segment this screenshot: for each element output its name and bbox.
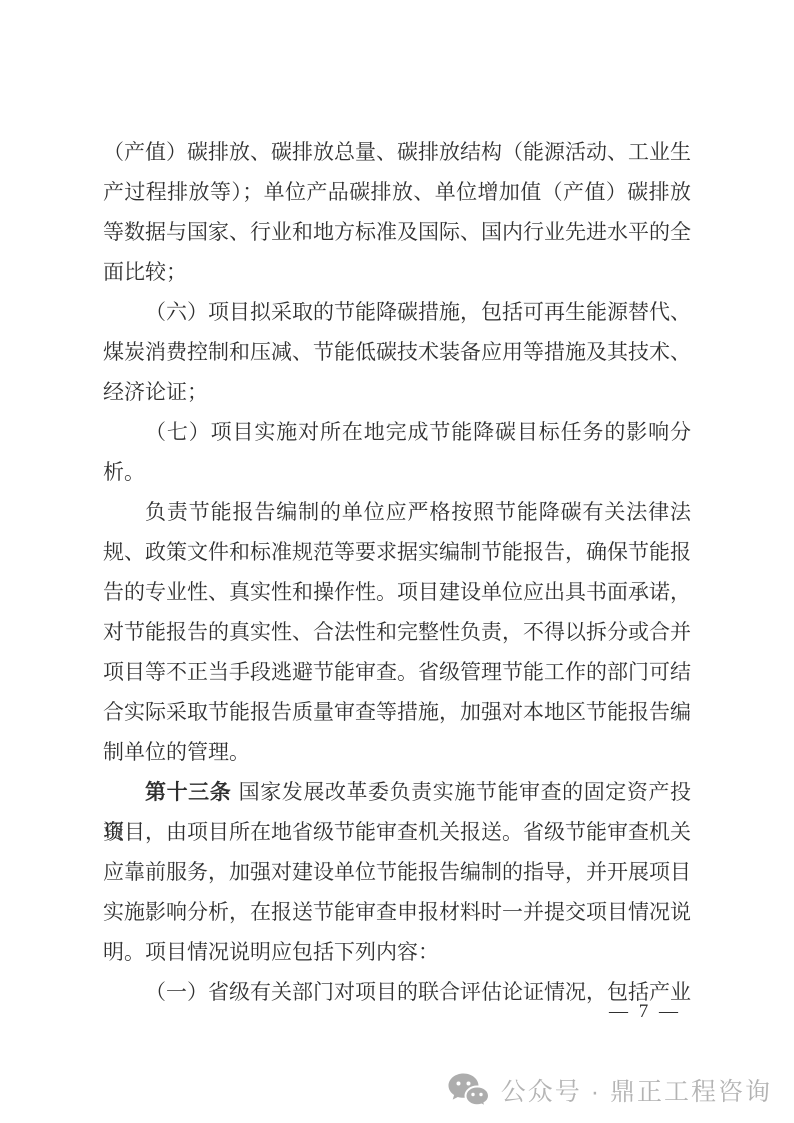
document-page: （产值）碳排放、碳排放总量、碳排放结构（能源活动、工业生产过程排放等）；单位产品…: [0, 0, 794, 1123]
text-line-carbon-emission-comparison-continuation-3: 面比较；: [103, 252, 691, 292]
text-line-report-preparation-requirements-1: 规、政策文件和标准规范等要求据实编制节能报告，确保节能报: [103, 532, 691, 572]
document-body: （产值）碳排放、碳排放总量、碳排放结构（能源活动、工业生产过程排放等）；单位产品…: [103, 132, 691, 1012]
text-line-item-seven-1: 析。: [103, 452, 691, 492]
text-line-article-thirteen-3: 实施影响分析，在报送节能审查申报材料时一并提交项目情况说: [103, 892, 691, 932]
text-line-carbon-emission-comparison-continuation-0: （产值）碳排放、碳排放总量、碳排放结构（能源活动、工业生: [103, 132, 691, 172]
text-line-report-preparation-requirements-3: 对节能报告的真实性、合法性和完整性负责，不得以拆分或合并: [103, 612, 691, 652]
text-line-report-preparation-requirements-5: 合实际采取节能报告质量审查等措施，加强对本地区节能报告编: [103, 692, 691, 732]
text-line-article-thirteen-4: 明。项目情况说明应包括下列内容：: [103, 932, 691, 972]
article-number-bold: 第十三条: [145, 780, 231, 804]
watermark-label: 公众号 · 鼎正工程咨询: [501, 1072, 772, 1108]
text-line-item-six-1: 煤炭消费控制和压减、节能低碳技术装备应用等措施及其技术、: [103, 332, 691, 372]
watermark-footer: 公众号 · 鼎正工程咨询: [447, 1068, 772, 1112]
text-line-article-thirteen-0: 第十三条国家发展改革委负责实施节能审查的固定资产投资: [103, 772, 691, 812]
page-number: — 7 —: [103, 996, 691, 1028]
text-line-report-preparation-requirements-6: 制单位的管理。: [103, 732, 691, 772]
text-line-carbon-emission-comparison-continuation-1: 产过程排放等）；单位产品碳排放、单位增加值（产值）碳排放: [103, 172, 691, 212]
text-line-report-preparation-requirements-2: 告的专业性、真实性和操作性。项目建设单位应出具书面承诺，: [103, 572, 691, 612]
text-line-item-six-2: 经济论证；: [103, 372, 691, 412]
text-line-article-thirteen-1: 项目，由项目所在地省级节能审查机关报送。省级节能审查机关: [103, 812, 691, 852]
wechat-icon: [447, 1072, 489, 1108]
text-line-article-thirteen-2: 应靠前服务，加强对建设单位节能报告编制的指导，并开展项目: [103, 852, 691, 892]
text-line-item-seven-0: （七）项目实施对所在地完成节能降碳目标任务的影响分: [103, 412, 691, 452]
text-line-carbon-emission-comparison-continuation-2: 等数据与国家、行业和地方标准及国际、国内行业先进水平的全: [103, 212, 691, 252]
text-line-item-six-0: （六）项目拟采取的节能降碳措施，包括可再生能源替代、: [103, 292, 691, 332]
text-line-report-preparation-requirements-4: 项目等不正当手段逃避节能审查。省级管理节能工作的部门可结: [103, 652, 691, 692]
text-line-report-preparation-requirements-0: 负责节能报告编制的单位应严格按照节能降碳有关法律法: [103, 492, 691, 532]
